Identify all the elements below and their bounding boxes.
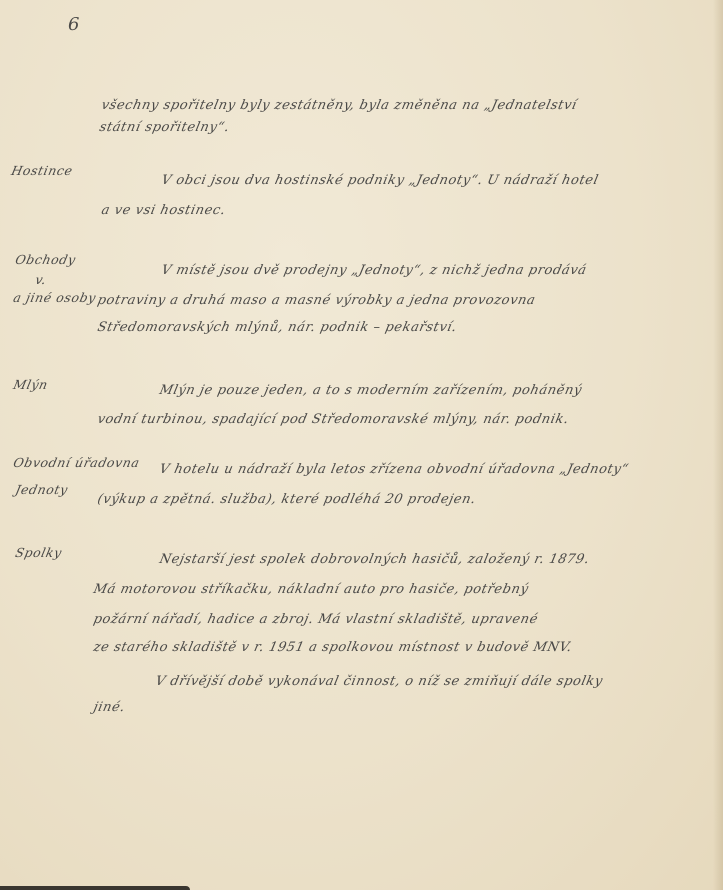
margin-label-obchody-2: a jiné osoby — [12, 290, 98, 305]
margin-label-spolky: Spolky — [14, 545, 64, 560]
manuscript-page: 6 všechny spořitelny byly zestátněny, by… — [0, 0, 723, 890]
hostince-line-2: a ve vsi hostinec. — [100, 203, 227, 218]
spolky-line-3: požární nářadí, hadice a zbroj. Má vlast… — [92, 612, 540, 627]
margin-label-jednoty: Jednoty — [14, 482, 69, 497]
margin-label-obchody-v: v. — [34, 272, 48, 287]
page-bottom-edge — [0, 886, 190, 890]
intro-line-1: všechny spořitelny byly zestátněny, byla… — [100, 98, 578, 113]
spolky-line-4: ze starého skladiště v r. 1951 a spolkov… — [92, 640, 573, 655]
spolky-line-6: jiné. — [92, 700, 127, 715]
mlyn-line-2: vodní turbinou, spadající pod Středomora… — [96, 412, 570, 427]
margin-label-uradovna: Obvodní úřadovna — [12, 455, 141, 470]
obchody-line-2: potraviny a druhá maso a masné výrobky a… — [96, 293, 537, 308]
margin-label-hostince: Hostince — [10, 163, 74, 178]
uradovna-line-1: V hotelu u nádraží byla letos zřízena ob… — [158, 462, 630, 477]
uradovna-line-2: (výkup a zpětná. služba), které podléhá … — [96, 492, 477, 507]
margin-label-mlyn: Mlýn — [12, 377, 50, 392]
spolky-line-1: Nejstarší jest spolek dobrovolných hasič… — [158, 552, 591, 567]
page-number: 6 — [68, 14, 80, 35]
obchody-line-1: V místě jsou dvě prodejny „Jednoty“, z n… — [160, 263, 588, 278]
spolky-line-5: V dřívější době vykonával činnost, o níž… — [154, 674, 604, 689]
margin-label-obchody: Obchody — [14, 252, 77, 267]
obchody-line-3: Středomoravských mlýnů, nár. podnik – pe… — [96, 320, 458, 335]
hostince-line-1: V obci jsou dva hostinské podniky „Jedno… — [160, 173, 600, 188]
intro-line-2: státní spořitelny“. — [98, 120, 231, 135]
spolky-line-2: Má motorovou stříkačku, nákladní auto pr… — [92, 582, 530, 597]
mlyn-line-1: Mlýn je pouze jeden, a to s moderním zař… — [158, 383, 583, 398]
